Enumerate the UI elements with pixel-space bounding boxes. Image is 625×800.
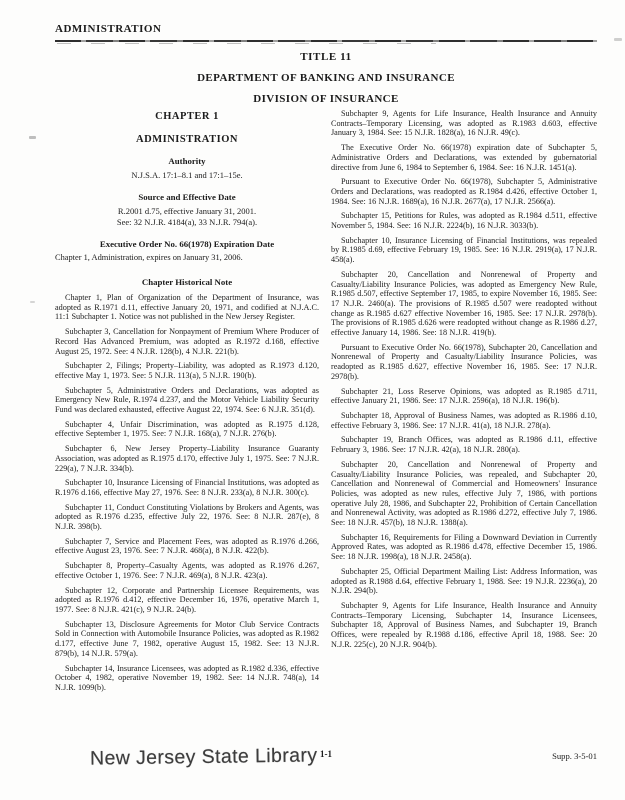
historical-paragraph: Subchapter 9, Agents for Life Insurance,… bbox=[331, 601, 597, 650]
chapter-name: ADMINISTRATION bbox=[55, 134, 319, 145]
supplement-date: Supp. 3-5-01 bbox=[552, 751, 597, 761]
title-block: TITLE 11 DEPARTMENT OF BANKING AND INSUR… bbox=[55, 51, 597, 105]
historical-paragraph: Subchapter 21, Loss Reserve Opinions, wa… bbox=[331, 387, 597, 406]
historical-paragraph: Subchapter 11, Conduct Constituting Viol… bbox=[55, 503, 319, 532]
historical-paragraph: Subchapter 20, Cancellation and Nonrenew… bbox=[331, 460, 597, 528]
historical-paragraph: Subchapter 20, Cancellation and Nonrenew… bbox=[331, 270, 597, 338]
source-line-2: See: 32 N.J.R. 4184(a), 33 N.J.R. 794(a)… bbox=[55, 217, 319, 227]
historical-notes-left: Chapter 1, Plan of Organization of the D… bbox=[55, 293, 319, 693]
authority-text: N.J.S.A. 17:1–8.1 and 17:1–15e. bbox=[55, 170, 319, 180]
historical-paragraph: Pursuant to Executive Order No. 66(1978)… bbox=[331, 177, 597, 206]
title-number: TITLE 11 bbox=[55, 51, 597, 63]
historical-paragraph: The Executive Order No. 66(1978) expirat… bbox=[331, 143, 597, 172]
historical-paragraph: Subchapter 7, Service and Placement Fees… bbox=[55, 537, 319, 556]
authority-heading: Authority bbox=[55, 156, 319, 166]
right-column: Subchapter 9, Agents for Life Insurance,… bbox=[331, 109, 597, 654]
historical-paragraph: Subchapter 15, Petitions for Rules, was … bbox=[331, 211, 597, 230]
historical-paragraph: Subchapter 13, Disclosure Agreements for… bbox=[55, 620, 319, 659]
historical-paragraph: Subchapter 5, Administrative Orders and … bbox=[55, 386, 319, 415]
source-line-1: R.2001 d.75, effective January 31, 2001. bbox=[55, 206, 319, 216]
historical-paragraph: Subchapter 14, Insurance Licensees, was … bbox=[55, 664, 319, 693]
running-header: ADMINISTRATION bbox=[55, 23, 161, 35]
department-title: DEPARTMENT OF BANKING AND INSURANCE bbox=[55, 72, 597, 84]
historical-paragraph: Pursuant to Executive Order No. 66(1978)… bbox=[331, 343, 597, 382]
historical-paragraph: Subchapter 8, Property–Casualty Agents, … bbox=[55, 561, 319, 580]
historical-paragraph: Subchapter 6, New Jersey Property–Liabil… bbox=[55, 444, 319, 473]
historical-paragraph: Subchapter 10, Insurance Licensing of Fi… bbox=[55, 478, 319, 497]
expiration-text: Chapter 1, Administration, expires on Ja… bbox=[55, 253, 319, 262]
historical-paragraph: Subchapter 3, Cancellation for Nonpaymen… bbox=[55, 327, 319, 356]
historical-paragraph: Chapter 1, Plan of Organization of the D… bbox=[55, 293, 319, 322]
historical-paragraph: Subchapter 16, Requirements for Filing a… bbox=[331, 533, 597, 562]
historical-note-heading: Chapter Historical Note bbox=[55, 277, 319, 287]
historical-paragraph: Subchapter 12, Corporate and Partnership… bbox=[55, 586, 319, 615]
chapter-number: CHAPTER 1 bbox=[55, 111, 319, 122]
historical-paragraph: Subchapter 18, Approval of Business Name… bbox=[331, 411, 597, 430]
document-page: ADMINISTRATION TITLE 11 DEPARTMENT OF BA… bbox=[0, 0, 625, 800]
source-heading: Source and Effective Date bbox=[55, 192, 319, 202]
expiration-heading: Executive Order No. 66(1978) Expiration … bbox=[55, 239, 319, 249]
page-number: 1-1 bbox=[55, 749, 597, 759]
historical-paragraph: Subchapter 4, Unfair Discrimination, was… bbox=[55, 420, 319, 439]
historical-notes-right: Subchapter 9, Agents for Life Insurance,… bbox=[331, 109, 597, 649]
scan-artifact bbox=[614, 38, 622, 41]
historical-paragraph: Subchapter 25, Official Department Maili… bbox=[331, 567, 597, 596]
historical-paragraph: Subchapter 10, Insurance Licensing of Fi… bbox=[331, 236, 597, 265]
scan-artifact bbox=[29, 136, 36, 139]
historical-paragraph: Subchapter 2, Filings; Property–Liabilit… bbox=[55, 361, 319, 380]
division-title: DIVISION OF INSURANCE bbox=[55, 93, 597, 105]
historical-paragraph: Subchapter 19, Branch Offices, was adopt… bbox=[331, 435, 597, 454]
header-rule bbox=[55, 40, 597, 42]
left-column: CHAPTER 1 ADMINISTRATION Authority N.J.S… bbox=[55, 111, 319, 698]
scan-artifact bbox=[30, 301, 35, 303]
historical-paragraph: Subchapter 9, Agents for Life Insurance,… bbox=[331, 109, 597, 138]
